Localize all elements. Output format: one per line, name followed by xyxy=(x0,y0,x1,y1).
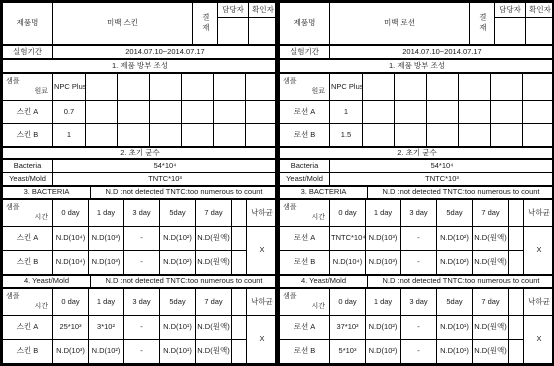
empty-cell xyxy=(523,101,554,124)
empty-cell xyxy=(232,227,247,251)
result-cell: 37*10³ xyxy=(330,316,366,340)
empty-cell xyxy=(427,74,459,101)
table-section: 제품명미백 스킨결재담당자확인자 xyxy=(2,2,277,45)
result-cell: TNTC*10⁴ xyxy=(330,227,366,251)
empty-cell xyxy=(509,251,524,275)
sample-name: 스킨 B xyxy=(3,340,53,364)
legend-note: N.D :not detected TNTC:too numerous to c… xyxy=(368,276,554,288)
result-cell: N.D(원액) xyxy=(196,316,232,340)
result-cell: - xyxy=(401,251,437,275)
empty-cell xyxy=(509,289,524,316)
table-section: 시간샘플0 day1 day3 day5day7 day낙하균로션 ATNTC*… xyxy=(279,199,554,275)
result-cell: 3*10² xyxy=(89,316,124,340)
day-header: 1 day xyxy=(89,289,124,316)
period-label: 실험기간 xyxy=(3,46,53,59)
period-value: 2014.07.10~2014.07.17 xyxy=(53,46,278,59)
result-cell: N.D(10²) xyxy=(160,227,196,251)
empty-cell xyxy=(363,74,395,101)
manager-label: 담당자 xyxy=(218,3,249,18)
result-cell: N.D(원액) xyxy=(473,251,509,275)
diagonal-top-label: 시간 xyxy=(34,214,48,222)
result-cell: N.D(10²) xyxy=(89,340,124,364)
legend-note: N.D :not detected TNTC:too numerous to c… xyxy=(91,276,278,288)
table-section: 시간샘플0 day1 day3 day5day7 day낙하균스킨 AN.D(1… xyxy=(2,199,277,275)
result-cell: N.D(10⁴) xyxy=(330,251,366,275)
sample-amount: 1 xyxy=(53,124,86,147)
result-cell: N.D(원액) xyxy=(473,227,509,251)
sample-amount: 0.7 xyxy=(53,101,86,124)
result-cell: N.D(10²) xyxy=(437,227,473,251)
table-section: 3. BACTERIAN.D :not detected TNTC:too nu… xyxy=(279,186,554,199)
sample-name: 스킨 B xyxy=(3,124,53,147)
initial-label: Bacteria xyxy=(280,160,330,173)
diagonal-header: 시간샘플 xyxy=(280,289,330,316)
result-cell: N.D(10¹) xyxy=(437,340,473,364)
day-header: 5day xyxy=(160,200,196,227)
empty-cell xyxy=(232,340,247,364)
diagonal-bottom-label: 샘플 xyxy=(6,78,20,86)
result-cell: - xyxy=(124,340,160,364)
result-cell: - xyxy=(124,316,160,340)
empty-cell xyxy=(523,124,554,147)
table-section: Bacteria54*10⁴Yeast/MoldTNTC*10³ xyxy=(2,159,277,186)
result-cell: N.D(10¹) xyxy=(160,316,196,340)
sample-name: 로션 A xyxy=(280,316,330,340)
initial-label: Yeast/Mold xyxy=(3,173,53,186)
result-cell: N.D(10¹) xyxy=(160,340,196,364)
day-header: 3 day xyxy=(124,289,160,316)
day-header: 1 day xyxy=(366,289,401,316)
fallcount-value: X xyxy=(524,316,554,364)
table-section: 3. BACTERIAN.D :not detected TNTC:too nu… xyxy=(2,186,277,199)
day-header: 7 day xyxy=(196,200,232,227)
sample-name: 스킨 A xyxy=(3,101,53,124)
result-cell: N.D(원액) xyxy=(473,316,509,340)
diagonal-header: 시간샘플 xyxy=(280,200,330,227)
sample-name: 로션 B xyxy=(280,251,330,275)
day-header: 3 day xyxy=(401,200,437,227)
day-header: 5day xyxy=(437,200,473,227)
section1-title: 1. 제품 방부 조성 xyxy=(280,60,554,73)
table-section: 시간샘플0 day1 day3 day5day7 day낙하균스킨 A25*10… xyxy=(2,288,277,364)
diagonal-top-label: 원료 xyxy=(311,88,325,96)
diagonal-header: 원료샘플 xyxy=(280,74,330,101)
empty-cell xyxy=(509,200,524,227)
product-name: 미백 로션 xyxy=(330,3,470,45)
empty-cell xyxy=(395,74,427,101)
diagonal-top-label: 시간 xyxy=(34,303,48,311)
day-header: 0 day xyxy=(330,200,366,227)
fallcount-value: X xyxy=(524,227,554,275)
empty-cell xyxy=(214,101,246,124)
report-sheet: 제품명미백 로션결재담당자확인자실험기간2014.07.10~2014.07.1… xyxy=(277,0,554,366)
empty-cell xyxy=(459,74,491,101)
approval-label: 결재 xyxy=(193,3,218,45)
approval-label: 결재 xyxy=(470,3,495,45)
product-name-label: 제품명 xyxy=(3,3,53,45)
empty-cell xyxy=(395,101,427,124)
table-section: 원료샘플NPC Plus스킨 A0.7스킨 B1 xyxy=(2,73,277,147)
result-cell: N.D(원액) xyxy=(196,227,232,251)
report-sheet: 제품명미백 스킨결재담당자확인자실험기간2014.07.10~2014.07.1… xyxy=(0,0,277,366)
diagonal-bottom-label: 샘플 xyxy=(283,204,297,212)
diagonal-header: 시간샘플 xyxy=(3,289,53,316)
result-cell: N.D(10³) xyxy=(89,227,124,251)
day-header: 7 day xyxy=(473,200,509,227)
empty-cell xyxy=(232,200,247,227)
manager-sign-cell xyxy=(495,18,526,45)
table-section: 원료샘플NPC Plus로션 A1로션 B1.5 xyxy=(279,73,554,147)
diagonal-header: 시간샘플 xyxy=(3,200,53,227)
day-header: 0 day xyxy=(53,289,89,316)
section-header: 4. Yeast/Mold xyxy=(280,276,368,288)
diagonal-bottom-label: 샘플 xyxy=(6,293,20,301)
initial-value: TNTC*10³ xyxy=(53,173,278,186)
result-cell: N.D(10²) xyxy=(366,340,401,364)
manager-sign-cell xyxy=(218,18,249,45)
table-section: 2. 초기 균수 xyxy=(2,147,277,159)
manager-label: 담당자 xyxy=(495,3,526,18)
diagonal-top-label: 시간 xyxy=(311,303,325,311)
result-cell: N.D(10²) xyxy=(160,251,196,275)
empty-cell xyxy=(232,316,247,340)
section-header: 3. BACTERIA xyxy=(3,187,91,199)
empty-cell xyxy=(459,101,491,124)
empty-cell xyxy=(86,124,118,147)
fallcount-header: 낙하균 xyxy=(524,200,554,227)
empty-cell xyxy=(118,101,150,124)
initial-value: 54*10⁴ xyxy=(53,160,278,173)
empty-cell xyxy=(509,227,524,251)
empty-cell xyxy=(118,124,150,147)
day-header: 7 day xyxy=(473,289,509,316)
result-cell: - xyxy=(124,251,160,275)
table-section: 실험기간2014.07.10~2014.07.17 xyxy=(279,45,554,59)
section2-title: 2. 초기 균수 xyxy=(3,148,278,159)
fallcount-value: X xyxy=(247,316,278,364)
sample-name: 로션 B xyxy=(280,340,330,364)
table-section: 1. 제품 방부 조성 xyxy=(2,59,277,73)
day-header: 1 day xyxy=(89,200,124,227)
checker-sign-cell xyxy=(526,18,554,45)
sample-name: 스킨 B xyxy=(3,251,53,275)
empty-cell xyxy=(150,74,182,101)
result-cell: - xyxy=(401,316,437,340)
sample-name: 로션 A xyxy=(280,227,330,251)
section-header: 3. BACTERIA xyxy=(280,187,368,199)
result-cell: 5*10³ xyxy=(330,340,366,364)
day-header: 5day xyxy=(437,289,473,316)
checker-label: 확인자 xyxy=(249,3,278,18)
empty-cell xyxy=(491,124,523,147)
empty-cell xyxy=(246,101,278,124)
legend-note: N.D :not detected TNTC:too numerous to c… xyxy=(91,187,278,199)
result-cell: - xyxy=(401,227,437,251)
table-section: 4. Yeast/MoldN.D :not detected TNTC:too … xyxy=(2,275,277,288)
result-cell: - xyxy=(124,227,160,251)
table-section: 실험기간2014.07.10~2014.07.17 xyxy=(2,45,277,59)
empty-cell xyxy=(427,124,459,147)
diagonal-bottom-label: 샘플 xyxy=(6,204,20,212)
fallcount-header: 낙하균 xyxy=(524,289,554,316)
empty-cell xyxy=(232,251,247,275)
result-cell: N.D(원액) xyxy=(473,340,509,364)
fallcount-header: 낙하균 xyxy=(247,200,278,227)
legend-note: N.D :not detected TNTC:too numerous to c… xyxy=(368,187,554,199)
result-cell: N.D(10¹) xyxy=(437,316,473,340)
empty-cell xyxy=(491,101,523,124)
empty-cell xyxy=(182,101,214,124)
day-header: 0 day xyxy=(330,289,366,316)
empty-cell xyxy=(214,124,246,147)
result-cell: - xyxy=(401,340,437,364)
result-cell: N.D(10²) xyxy=(437,251,473,275)
document-page: 제품명미백 스킨결재담당자확인자실험기간2014.07.10~2014.07.1… xyxy=(0,0,554,366)
sample-amount: 1.5 xyxy=(330,124,363,147)
day-header: 1 day xyxy=(366,200,401,227)
empty-cell xyxy=(246,124,278,147)
sample-name: 스킨 A xyxy=(3,316,53,340)
empty-cell xyxy=(150,124,182,147)
empty-cell xyxy=(509,316,524,340)
sample-name: 로션 B xyxy=(280,124,330,147)
initial-value: 54*10⁴ xyxy=(330,160,554,173)
result-cell: N.D(원액) xyxy=(196,251,232,275)
empty-cell xyxy=(523,74,554,101)
period-label: 실험기간 xyxy=(280,46,330,59)
empty-cell xyxy=(214,74,246,101)
result-cell: N.D(원액) xyxy=(196,340,232,364)
empty-cell xyxy=(86,74,118,101)
table-section: 1. 제품 방부 조성 xyxy=(279,59,554,73)
period-value: 2014.07.10~2014.07.17 xyxy=(330,46,554,59)
result-cell: N.D(10³) xyxy=(366,251,401,275)
result-cell: N.D(10²) xyxy=(366,316,401,340)
product-name: 미백 스킨 xyxy=(53,3,193,45)
empty-cell xyxy=(363,101,395,124)
sample-name: 로션 A xyxy=(280,101,330,124)
empty-cell xyxy=(509,340,524,364)
table-section: 시간샘플0 day1 day3 day5day7 day낙하균로션 A37*10… xyxy=(279,288,554,364)
empty-cell xyxy=(86,101,118,124)
checker-label: 확인자 xyxy=(526,3,554,18)
fallcount-header: 낙하균 xyxy=(247,289,278,316)
sample-name: 스킨 A xyxy=(3,227,53,251)
initial-value: TNTC*10³ xyxy=(330,173,554,186)
empty-cell xyxy=(363,124,395,147)
empty-cell xyxy=(182,124,214,147)
day-header: 7 day xyxy=(196,289,232,316)
material-header: NPC Plus xyxy=(330,74,363,101)
result-cell: N.D(10³) xyxy=(89,251,124,275)
section1-title: 1. 제품 방부 조성 xyxy=(3,60,278,73)
checker-sign-cell xyxy=(249,18,278,45)
diagonal-bottom-label: 샘플 xyxy=(283,293,297,301)
empty-cell xyxy=(118,74,150,101)
table-section: Bacteria54*10⁴Yeast/MoldTNTC*10³ xyxy=(279,159,554,186)
empty-cell xyxy=(491,74,523,101)
empty-cell xyxy=(395,124,427,147)
diagonal-top-label: 원료 xyxy=(34,88,48,96)
result-cell: N.D(10³) xyxy=(366,227,401,251)
day-header: 0 day xyxy=(53,200,89,227)
day-header: 5day xyxy=(160,289,196,316)
result-cell: N.D(10⁴) xyxy=(53,251,89,275)
fallcount-value: X xyxy=(247,227,278,275)
table-section: 4. Yeast/MoldN.D :not detected TNTC:too … xyxy=(279,275,554,288)
diagonal-header: 원료샘플 xyxy=(3,74,53,101)
result-cell: N.D(10⁴) xyxy=(53,227,89,251)
section2-title: 2. 초기 균수 xyxy=(280,148,554,159)
initial-label: Yeast/Mold xyxy=(280,173,330,186)
section-header: 4. Yeast/Mold xyxy=(3,276,91,288)
table-section: 제품명미백 로션결재담당자확인자 xyxy=(279,2,554,45)
empty-cell xyxy=(150,101,182,124)
empty-cell xyxy=(427,101,459,124)
initial-label: Bacteria xyxy=(3,160,53,173)
diagonal-bottom-label: 샘플 xyxy=(283,78,297,86)
result-cell: 25*10³ xyxy=(53,316,89,340)
empty-cell xyxy=(182,74,214,101)
empty-cell xyxy=(459,124,491,147)
empty-cell xyxy=(246,74,278,101)
day-header: 3 day xyxy=(124,200,160,227)
product-name-label: 제품명 xyxy=(280,3,330,45)
table-section: 2. 초기 균수 xyxy=(279,147,554,159)
result-cell: N.D(10³) xyxy=(53,340,89,364)
day-header: 3 day xyxy=(401,289,437,316)
sample-amount: 1 xyxy=(330,101,363,124)
diagonal-top-label: 시간 xyxy=(311,214,325,222)
material-header: NPC Plus xyxy=(53,74,86,101)
empty-cell xyxy=(232,289,247,316)
